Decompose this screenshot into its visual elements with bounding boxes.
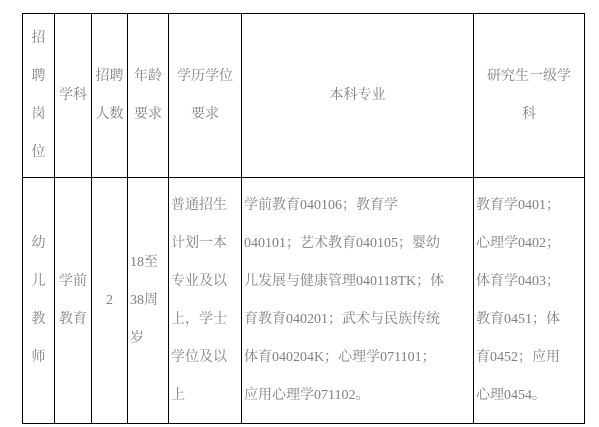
cell-education-degree-requirement: 普通招生 计划一本 专业及以 上，学士 学位及以 上 [169,178,242,424]
cell-undergraduate-major: 学前教育040106；教育学 040101；艺术教育040105；婴幼 儿发展与… [242,178,474,424]
header-undergraduate-major: 本科专业 [242,14,474,178]
cell-recruitment-position: 幼 儿 教 师 [23,178,55,424]
header-recruitment-position: 招 聘 岗 位 [23,14,55,178]
cell-graduate-first-level-discipline: 教育学0401； 心理学0402； 体育学0403； 教育0451；体 育045… [474,178,585,424]
header-age-requirement: 年龄 要求 [128,14,169,178]
cell-age-requirement: 18至 38周 岁 [128,178,169,424]
recruitment-table: 招 聘 岗 位 学科 招聘 人数 年龄 要求 学历学位 要求 本科专业 研究生一… [22,13,585,424]
header-headcount: 招聘 人数 [92,14,128,178]
header-subject: 学科 [55,14,92,178]
table-data-row: 幼 儿 教 师 学前 教育 2 18至 38周 岁 普通招生 计划一本 专业及以… [23,178,585,424]
table-header-row: 招 聘 岗 位 学科 招聘 人数 年龄 要求 学历学位 要求 本科专业 研究生一… [23,14,585,178]
cell-subject: 学前 教育 [55,178,92,424]
cell-headcount: 2 [92,178,128,424]
header-graduate-first-level-discipline: 研究生一级学 科 [474,14,585,178]
header-education-degree-requirement: 学历学位 要求 [169,14,242,178]
